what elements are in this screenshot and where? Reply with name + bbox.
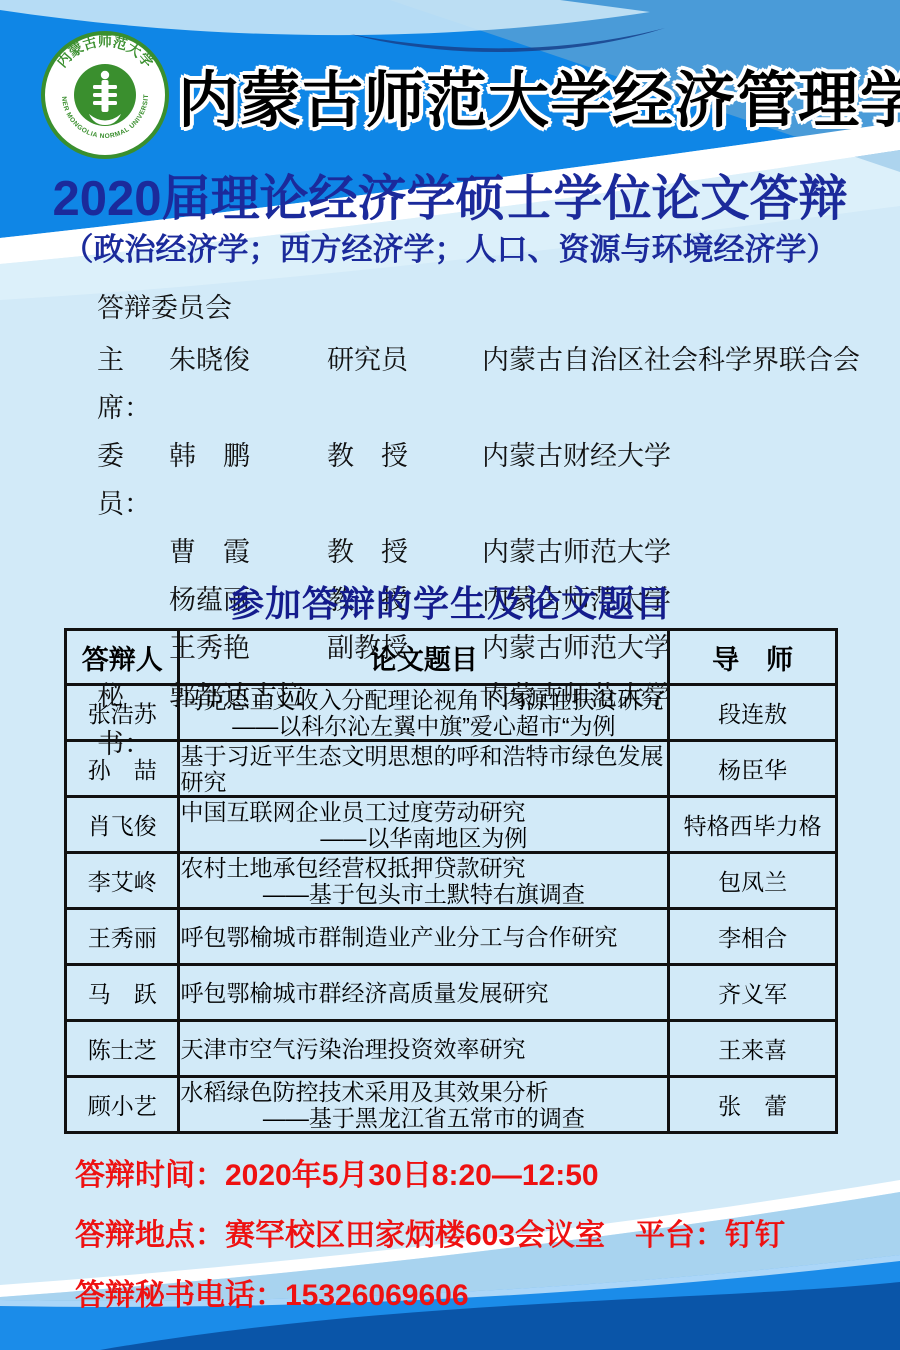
thesis-title: 基于习近平生态文明思想的呼和浩特市绿色发展研究	[179, 741, 669, 797]
event-subtitle: （政治经济学；西方经济学；人口、资源与环境经济学）	[0, 224, 900, 269]
student-name: 陈士芝	[66, 1021, 179, 1077]
secretary-phone-value: 15326069606	[285, 1279, 469, 1312]
member-title: 教 授	[327, 528, 482, 576]
student-name: 张浩苏	[66, 685, 179, 741]
table-row: 李艾峂农村土地承包经营权抵押贷款研究——基于包头市土默特右旗调查包凤兰	[66, 853, 837, 909]
table-row: 陈士芝天津市空气污染治理投资效率研究王来喜	[66, 1021, 837, 1077]
event-title: 2020届理论经济学硕士学位论文答辩	[0, 160, 900, 230]
student-name: 孙 喆	[66, 741, 179, 797]
thesis-title-line: 呼包鄂榆城市群经济高质量发展研究	[180, 980, 667, 1006]
secretary-phone-label: 答辩秘书电话：	[75, 1279, 285, 1312]
thesis-title: 中国互联网企业员工过度劳动研究——以华南地区为例	[179, 797, 669, 853]
table-header-row: 答辩人 论文题目 导 师	[66, 630, 837, 685]
secretary-phone: 答辩秘书电话：15326069606	[75, 1266, 875, 1326]
thesis-title-line: 马克思主义收入分配理论视角下内源性扶贫研究	[180, 687, 667, 713]
thesis-title-line: ——以华南地区为例	[180, 825, 667, 851]
member-title: 研究员	[327, 336, 482, 432]
school-name-title: 内蒙古师范大学经济管理学院	[178, 56, 894, 144]
student-name: 马 跃	[66, 965, 179, 1021]
member-name: 曹 霞	[169, 528, 327, 576]
table-row: 马 跃呼包鄂榆城市群经济高质量发展研究齐义军	[66, 965, 837, 1021]
defense-time-label: 答辩时间：	[75, 1159, 225, 1192]
col-header-student: 答辩人	[66, 630, 179, 685]
defense-time-value: 2020年5月30日8:20—12:50	[225, 1159, 599, 1192]
thesis-title-line: 呼包鄂榆城市群制造业产业分工与合作研究	[180, 924, 667, 950]
thesis-title: 呼包鄂榆城市群经济高质量发展研究	[179, 965, 669, 1021]
defense-table-body: 张浩苏马克思主义收入分配理论视角下内源性扶贫研究——以科尔沁左翼中旗”爱心超市“…	[66, 685, 837, 1133]
footer-info: 答辩时间：2020年5月30日8:20—12:50 答辩地点：赛罕校区田家炳楼6…	[75, 1146, 875, 1326]
defense-poster: 内蒙古师范大学 INNER MONGOLIA NORMAL UNIVERSITY…	[0, 0, 900, 1350]
committee-row: 曹 霞教 授内蒙古师范大学	[97, 528, 877, 576]
defense-time: 答辩时间：2020年5月30日8:20—12:50	[75, 1146, 875, 1206]
committee-row: 委员：韩 鹏教 授内蒙古财经大学	[97, 432, 877, 528]
advisor-name: 包凤兰	[669, 853, 837, 909]
student-name: 李艾峂	[66, 853, 179, 909]
thesis-title: 呼包鄂榆城市群制造业产业分工与合作研究	[179, 909, 669, 965]
col-header-title: 论文题目	[179, 630, 669, 685]
student-name: 顾小艺	[66, 1077, 179, 1133]
member-affiliation: 内蒙古师范大学	[482, 528, 877, 576]
thesis-title-line: 天津市空气污染治理投资效率研究	[180, 1036, 667, 1062]
university-logo: 内蒙古师范大学 INNER MONGOLIA NORMAL UNIVERSITY	[40, 30, 170, 160]
member-name: 韩 鹏	[169, 432, 327, 528]
advisor-name: 王来喜	[669, 1021, 837, 1077]
member-role: 委员：	[97, 432, 169, 528]
advisor-name: 齐义军	[669, 965, 837, 1021]
advisor-name: 特格西毕力格	[669, 797, 837, 853]
thesis-title-line: ——基于包头市土默特右旗调查	[180, 881, 667, 907]
student-name: 王秀丽	[66, 909, 179, 965]
table-row: 张浩苏马克思主义收入分配理论视角下内源性扶贫研究——以科尔沁左翼中旗”爱心超市“…	[66, 685, 837, 741]
advisor-name: 李相合	[669, 909, 837, 965]
thesis-title-line: 水稻绿色防控技术采用及其效果分析	[180, 1079, 667, 1105]
member-affiliation: 内蒙古自治区社会科学界联合会	[482, 336, 877, 432]
advisor-name: 张 蕾	[669, 1077, 837, 1133]
student-name: 肖飞俊	[66, 797, 179, 853]
thesis-title: 农村土地承包经营权抵押贷款研究——基于包头市土默特右旗调查	[179, 853, 669, 909]
member-name: 朱晓俊	[169, 336, 327, 432]
advisor-name: 杨臣华	[669, 741, 837, 797]
table-row: 王秀丽呼包鄂榆城市群制造业产业分工与合作研究李相合	[66, 909, 837, 965]
thesis-title-line: 基于习近平生态文明思想的呼和浩特市绿色发展研究	[180, 743, 667, 795]
thesis-title-line: 中国互联网企业员工过度劳动研究	[180, 799, 667, 825]
defense-table: 答辩人 论文题目 导 师 张浩苏马克思主义收入分配理论视角下内源性扶贫研究——以…	[64, 628, 838, 1134]
defense-location: 答辩地点：赛罕校区田家炳楼603会议室 平台：钉钉	[75, 1206, 875, 1266]
table-row: 顾小艺水稻绿色防控技术采用及其效果分析——基于黑龙江省五常市的调查张 蕾	[66, 1077, 837, 1133]
table-row: 孙 喆基于习近平生态文明思想的呼和浩特市绿色发展研究杨臣华	[66, 741, 837, 797]
committee-row: 主席：朱晓俊研究员内蒙古自治区社会科学界联合会	[97, 336, 877, 432]
thesis-title: 天津市空气污染治理投资效率研究	[179, 1021, 669, 1077]
member-role: 主席：	[97, 336, 169, 432]
table-row: 肖飞俊中国互联网企业员工过度劳动研究——以华南地区为例特格西毕力格	[66, 797, 837, 853]
defense-location-value: 赛罕校区田家炳楼603会议室 平台：钉钉	[225, 1219, 785, 1252]
committee-heading: 答辩委员会	[97, 288, 877, 328]
thesis-title-line: ——基于黑龙江省五常市的调查	[180, 1105, 667, 1131]
member-role	[97, 528, 169, 576]
defense-location-label: 答辩地点：	[75, 1219, 225, 1252]
thesis-title-line: ——以科尔沁左翼中旗”爱心超市“为例	[180, 713, 667, 739]
member-affiliation: 内蒙古财经大学	[482, 432, 877, 528]
advisor-name: 段连敖	[669, 685, 837, 741]
table-heading: 参加答辩的学生及论文题目	[0, 576, 900, 627]
thesis-title: 马克思主义收入分配理论视角下内源性扶贫研究——以科尔沁左翼中旗”爱心超市“为例	[179, 685, 669, 741]
thesis-title: 水稻绿色防控技术采用及其效果分析——基于黑龙江省五常市的调查	[179, 1077, 669, 1133]
thesis-title-line: 农村土地承包经营权抵押贷款研究	[180, 855, 667, 881]
col-header-advisor: 导 师	[669, 630, 837, 685]
member-title: 教 授	[327, 432, 482, 528]
